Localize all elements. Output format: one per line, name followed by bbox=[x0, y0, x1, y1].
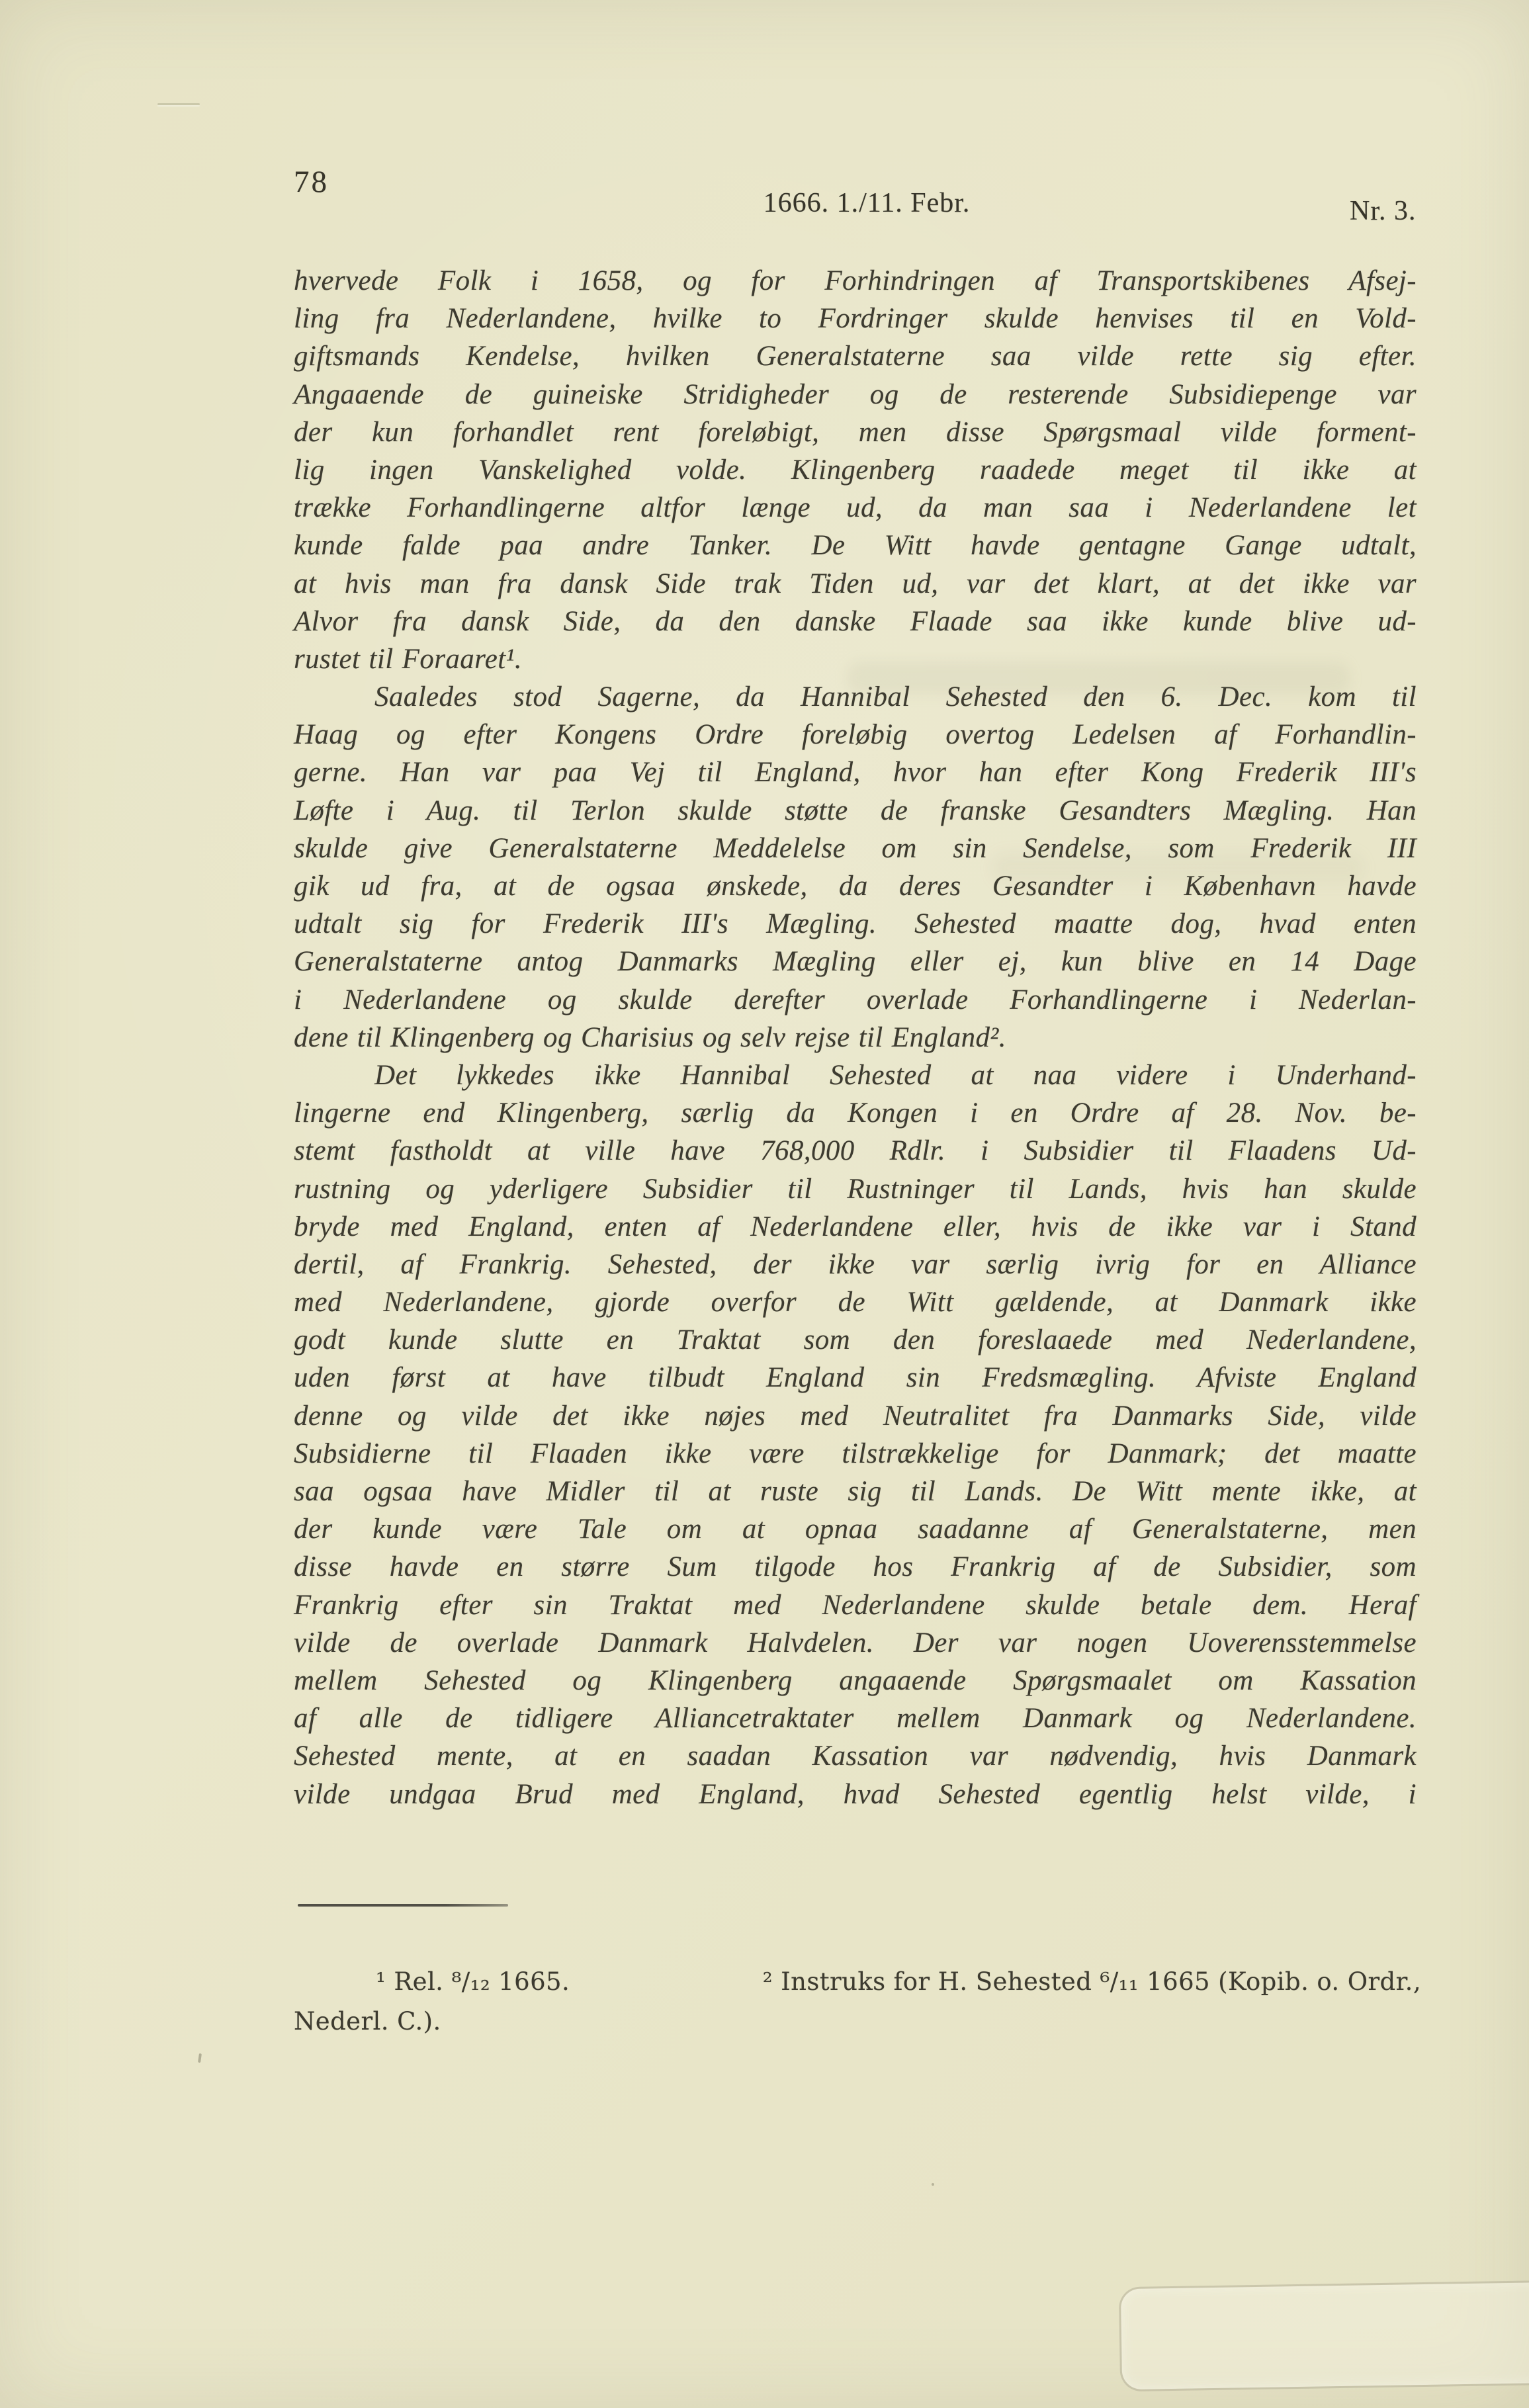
scan-artifact-rectangle bbox=[1119, 2280, 1529, 2391]
body-line: ling fra Nederlandene, hvilke to Fordrin… bbox=[294, 300, 1417, 337]
header-date: 1666. 1./11. Febr. bbox=[688, 189, 1045, 217]
body-text: hvervede Folk i 1658, og for Forhindring… bbox=[294, 262, 1417, 1813]
paper-speck bbox=[932, 2183, 934, 2186]
body-line: hvervede Folk i 1658, og for Forhindring… bbox=[294, 262, 1417, 300]
body-line: kunde falde paa andre Tanker. De Witt ha… bbox=[294, 527, 1417, 564]
body-line: uden først at have tilbudt England sin F… bbox=[294, 1359, 1417, 1397]
page-number: 78 bbox=[294, 167, 329, 198]
body-line: Generalstaterne antog Danmarks Mægling e… bbox=[294, 943, 1417, 980]
body-line: lingerne end Klingenberg, særlig da Kong… bbox=[294, 1094, 1417, 1132]
body-line: med Nederlandene, gjorde overfor de Witt… bbox=[294, 1283, 1417, 1321]
body-line: lig ingen Vanskelighed volde. Klingenber… bbox=[294, 451, 1417, 489]
body-line: mellem Sehested og Klingenberg angaaende… bbox=[294, 1662, 1417, 1699]
body-line: Alvor fra dansk Side, da den danske Flaa… bbox=[294, 603, 1417, 640]
body-line: vilde undgaa Brud med England, hvad Sehe… bbox=[294, 1776, 1417, 1813]
body-line: i Nederlandene og skulde derefter overla… bbox=[294, 981, 1417, 1019]
footnote-line: ¹ Rel. ⁸/₁₂ 1665. ² Instruks for H. Sehe… bbox=[294, 1962, 1421, 2002]
issue-number: Nr. 3. bbox=[1350, 197, 1417, 225]
body-line: gerne. Han var paa Vej til England, hvor… bbox=[294, 753, 1417, 791]
footnote-block: ¹ Rel. ⁸/₁₂ 1665. ² Instruks for H. Sehe… bbox=[294, 1962, 1421, 2042]
body-line: skulde give Generalstaterne Meddelelse o… bbox=[294, 830, 1417, 867]
footnote-1: ¹ Rel. ⁸/₁₂ 1665. bbox=[376, 1962, 570, 2002]
body-line: udtalt sig for Frederik III's Mægling. S… bbox=[294, 905, 1417, 943]
scan-smudge bbox=[157, 103, 200, 105]
body-line: giftsmands Kendelse, hvilken Generalstat… bbox=[294, 337, 1417, 375]
body-line: bryde med England, enten af Nederlandene… bbox=[294, 1208, 1417, 1246]
body-line: saa ogsaa have Midler til at ruste sig t… bbox=[294, 1473, 1417, 1510]
body-line: Frankrig efter sin Traktat med Nederland… bbox=[294, 1586, 1417, 1624]
body-line: rustning og yderligere Subsidier til Rus… bbox=[294, 1170, 1417, 1208]
paper-speck bbox=[198, 2053, 202, 2063]
body-line-paragraph-end: rustet til Foraaret¹. bbox=[294, 640, 1417, 678]
body-line: vilde de overlade Danmark Halvdelen. Der… bbox=[294, 1624, 1417, 1662]
body-line: disse havde en større Sum tilgode hos Fr… bbox=[294, 1548, 1417, 1586]
body-line: Løfte i Aug. til Terlon skulde støtte de… bbox=[294, 792, 1417, 830]
scanned-page: 78 1666. 1./11. Febr. Nr. 3. hvervede Fo… bbox=[0, 0, 1529, 2408]
body-line: af alle de tidligere Alliancetraktater m… bbox=[294, 1699, 1417, 1737]
body-line-paragraph-start: Saaledes stod Sagerne, da Hannibal Sehes… bbox=[294, 678, 1417, 716]
body-line: der kunde være Tale om at opnaa saadanne… bbox=[294, 1510, 1417, 1548]
body-line: Haag og efter Kongens Ordre foreløbig ov… bbox=[294, 716, 1417, 753]
body-line: Subsidierne til Flaaden ikke være tilstr… bbox=[294, 1435, 1417, 1473]
body-line: trække Forhandlingerne altfor længe ud, … bbox=[294, 489, 1417, 527]
body-line: denne og vilde det ikke nøjes med Neutra… bbox=[294, 1397, 1417, 1435]
body-line: der kun forhandlet rent foreløbigt, men … bbox=[294, 413, 1417, 451]
body-line-paragraph-start: Det lykkedes ikke Hannibal Sehested at n… bbox=[294, 1056, 1417, 1094]
body-line: dertil, af Frankrig. Sehested, der ikke … bbox=[294, 1246, 1417, 1283]
body-line: stemt fastholdt at ville have 768,000 Rd… bbox=[294, 1132, 1417, 1170]
body-line: gik ud fra, at de ogsaa ønskede, da dere… bbox=[294, 867, 1417, 905]
footnote-continuation: Nederl. C.). bbox=[294, 2002, 1421, 2042]
footnote-separator bbox=[298, 1904, 508, 1907]
body-line: godt kunde slutte en Traktat som den for… bbox=[294, 1321, 1417, 1359]
body-line: at hvis man fra dansk Side trak Tiden ud… bbox=[294, 565, 1417, 603]
body-line: Sehested mente, at en saadan Kassation v… bbox=[294, 1737, 1417, 1775]
footnote-2: ² Instruks for H. Sehested ⁶/₁₁ 1665 (Ko… bbox=[763, 1962, 1421, 2002]
body-line: Angaaende de guineiske Stridigheder og d… bbox=[294, 376, 1417, 413]
body-line-paragraph-end: dene til Klingenberg og Charisius og sel… bbox=[294, 1019, 1417, 1056]
